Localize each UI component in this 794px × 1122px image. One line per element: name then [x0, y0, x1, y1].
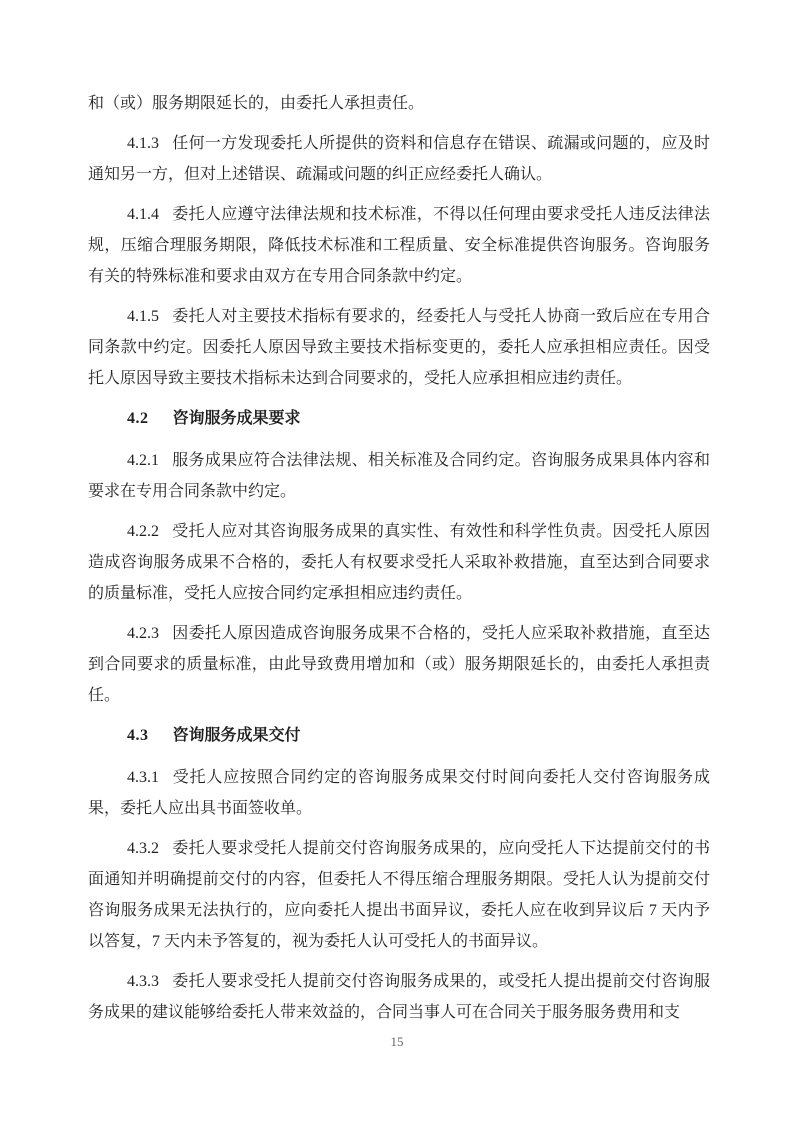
clause-number: 4.3 — [127, 727, 149, 744]
clause-text: 委托人应遵守法律法规和技术标准，不得以任何理由要求受托人违反法律法规，压缩合理服… — [88, 206, 710, 285]
page-footer: 15 — [0, 1033, 794, 1051]
clause-text: 服务成果应符合法律法规、相关标准及合同约定。咨询服务成果具体内容和要求在专用合同… — [88, 452, 710, 500]
clause-number: 4.1.4 — [127, 206, 159, 223]
clause-number: 4.1.3 — [127, 135, 159, 152]
clause-number: 4.2.2 — [127, 523, 159, 540]
clause-text: 咨询服务成果要求 — [173, 410, 301, 427]
clause-number: 4.2 — [127, 410, 149, 427]
clause-text: 因委托人原因造成咨询服务成果不合格的，受托人应采取补救措施，直至达到合同要求的质… — [88, 625, 710, 704]
contract-paragraph: 4.1.4委托人应遵守法律法规和技术标准，不得以任何理由要求受托人违反法律法规，… — [88, 199, 710, 292]
document-content: 和（或）服务期限延长的，由委托人承担责任。 4.1.3任何一方发现委托人所提供的… — [88, 88, 710, 1037]
clause-text: 任何一方发现委托人所提供的资料和信息存在错误、疏漏或问题的，应及时通知另一方，但… — [88, 135, 710, 183]
contract-paragraph: 4.2.2受托人应对其咨询服务成果的真实性、有效性和科学性负责。因受托人原因造成… — [88, 516, 710, 609]
section-heading: 4.3咨询服务成果交付 — [88, 720, 710, 751]
section-heading: 4.2咨询服务成果要求 — [88, 403, 710, 434]
document-page: 和（或）服务期限延长的，由委托人承担责任。 4.1.3任何一方发现委托人所提供的… — [0, 0, 794, 1122]
clause-text: 委托人要求受托人提前交付咨询服务成果的，应向受托人下达提前交付的书面通知并明确提… — [88, 840, 710, 950]
clause-text: 受托人应对其咨询服务成果的真实性、有效性和科学性负责。因受托人原因造成咨询服务成… — [88, 523, 710, 602]
clause-number: 4.1.5 — [127, 308, 159, 325]
clause-number: 4.2.3 — [127, 625, 159, 642]
contract-paragraph: 4.3.3委托人要求受托人提前交付咨询服务成果的，或受托人提出提前交付咨询服务成… — [88, 966, 710, 1028]
clause-number: 4.3.1 — [127, 769, 159, 786]
contract-paragraph: 4.1.3任何一方发现委托人所提供的资料和信息存在错误、疏漏或问题的，应及时通知… — [88, 128, 710, 190]
clause-number: 4.3.3 — [127, 973, 159, 990]
contract-paragraph: 和（或）服务期限延长的，由委托人承担责任。 — [88, 88, 710, 119]
clause-text: 受托人应按照合同约定的咨询服务成果交付时间向委托人交付咨询服务成果，委托人应出具… — [88, 769, 710, 817]
contract-paragraph: 4.3.2委托人要求受托人提前交付咨询服务成果的，应向受托人下达提前交付的书面通… — [88, 833, 710, 957]
clause-number: 4.3.2 — [127, 840, 159, 857]
clause-number: 4.2.1 — [127, 452, 159, 469]
clause-text: 委托人对主要技术指标有要求的，经委托人与受托人协商一致后应在专用合同条款中约定。… — [88, 308, 710, 387]
contract-paragraph: 4.3.1受托人应按照合同约定的咨询服务成果交付时间向委托人交付咨询服务成果，委… — [88, 762, 710, 824]
page-number: 15 — [391, 1034, 404, 1049]
clause-text: 和（或）服务期限延长的，由委托人承担责任。 — [88, 95, 424, 112]
clause-text: 委托人要求受托人提前交付咨询服务成果的，或受托人提出提前交付咨询服务成果的建议能… — [88, 973, 710, 1021]
clause-text: 咨询服务成果交付 — [173, 727, 301, 744]
contract-paragraph: 4.1.5委托人对主要技术指标有要求的，经委托人与受托人协商一致后应在专用合同条… — [88, 301, 710, 394]
contract-paragraph: 4.2.1服务成果应符合法律法规、相关标准及合同约定。咨询服务成果具体内容和要求… — [88, 445, 710, 507]
contract-paragraph: 4.2.3因委托人原因造成咨询服务成果不合格的，受托人应采取补救措施，直至达到合… — [88, 618, 710, 711]
